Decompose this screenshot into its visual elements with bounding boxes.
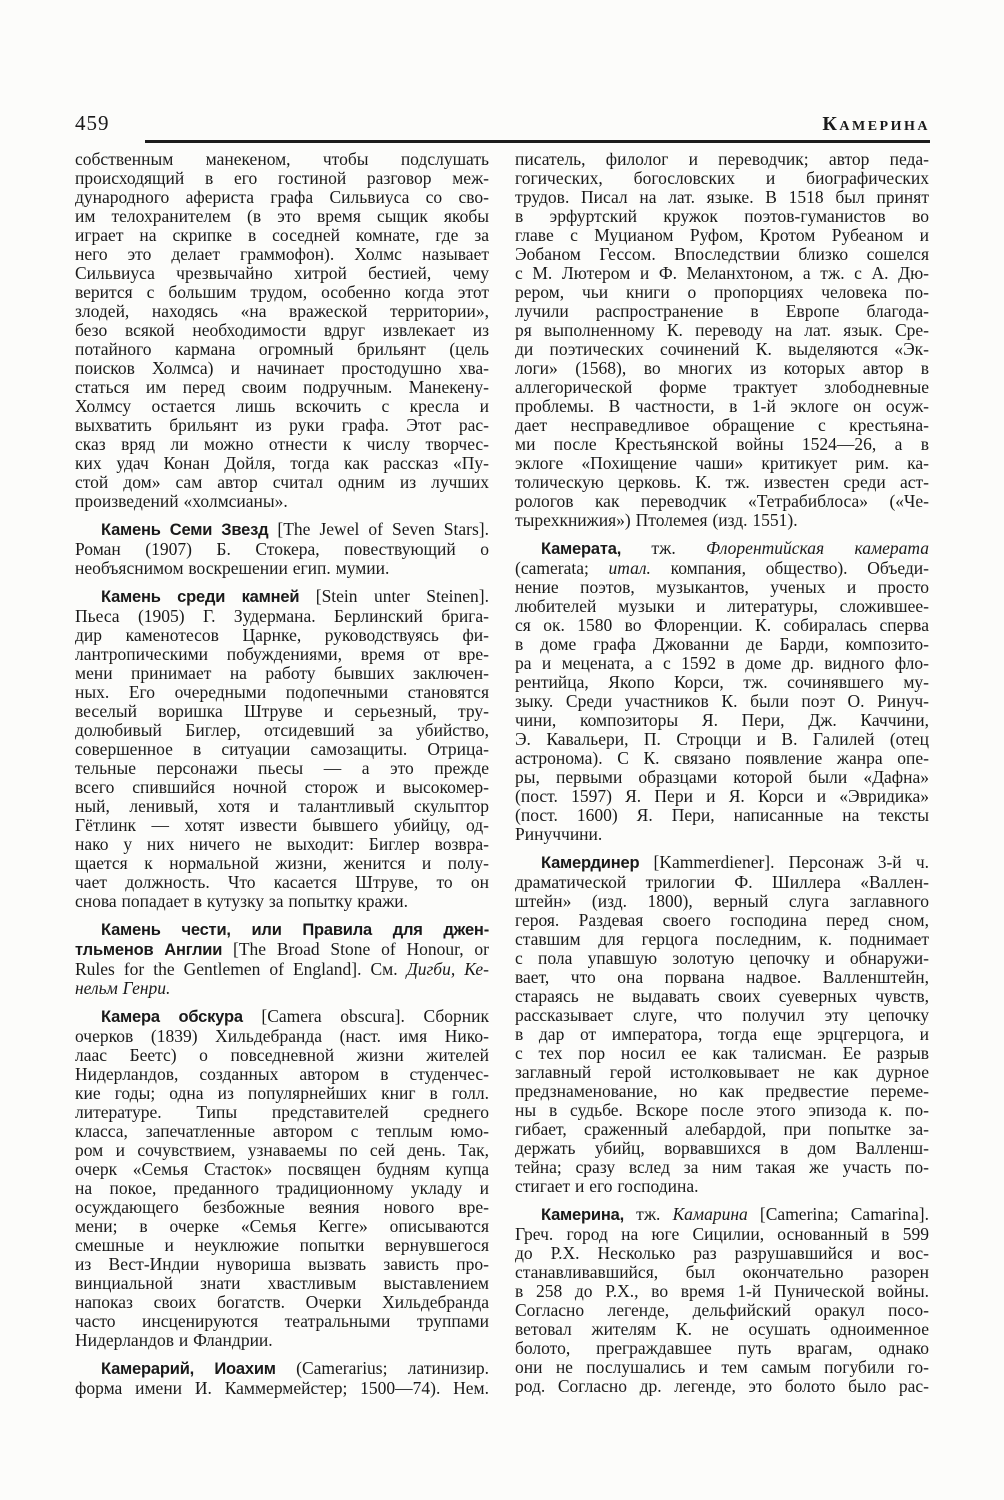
text-line: с пола упавшую золотую цепочку и обнаруж…: [515, 949, 929, 968]
text-line: дает несправедливое обращение с крестьян…: [515, 416, 929, 435]
text-line: в эрфуртский кружок поэтов-гуманистов во: [515, 207, 929, 226]
entry-paragraph: Камень Семи Звезд [The Jewel of Seven St…: [75, 520, 489, 578]
text-line: ры, первыми образцами которой были «Дафн…: [515, 768, 929, 787]
text-line: тейна; сразу вслед за ним такая же участ…: [515, 1158, 929, 1177]
text-line: аллегорической форме трактует злободневн…: [515, 378, 929, 397]
text-line: любителей музыки и литературы, сложившее…: [515, 597, 929, 616]
text-line: Э. Кавальери, П. Строцци и В. Галилей (о…: [515, 730, 929, 749]
text-line: болото, преграждавшее путь врагам, однак…: [515, 1339, 929, 1358]
entry-paragraph: Камерина, тж. Камарина [Camerina; Camari…: [515, 1205, 929, 1396]
text-line: долюбивый Биглер, отсидевший за убийство…: [75, 721, 489, 740]
text-line: него это делает граммофон). Холмс называ…: [75, 245, 489, 264]
text-line: зыку. Среди участников К. были поэт О. Р…: [515, 692, 929, 711]
text-line: эклоге «Похищение чаши» критикует рим. к…: [515, 454, 929, 473]
text-line: смешные и неуклюжие попытки вернувшегося: [75, 1236, 489, 1255]
text-line: необъяснимом воскрешении егип. мумии.: [75, 559, 489, 578]
text-line: тырехкнижия») Птолемея (изд. 1551).: [515, 511, 929, 530]
text-line: сказ вряд ли можно отнести к числу творч…: [75, 435, 489, 454]
text-line: на покое, преданного традиционному уклад…: [75, 1179, 489, 1198]
text-line: Камень среди камней [Stein unter Steinen…: [75, 587, 489, 607]
text-line: толическую церковь. К. тж. известен сред…: [515, 473, 929, 492]
text-line: напоказ своих богатств. Очерки Хильдебра…: [75, 1293, 489, 1312]
text-line: ми после Крестьянской войны 1524—26, а в: [515, 435, 929, 454]
text-line: гогических, богословских и биографически…: [515, 169, 929, 188]
text-line: рассказывает слуге, что получил эту цепо…: [515, 1006, 929, 1025]
text-line: им телохранителем (в это время сыщик яко…: [75, 207, 489, 226]
text-line: очерк «Семья Стасток» посвящен будням ку…: [75, 1160, 489, 1179]
text-line: чини, композиторы Я. Пери, Дж. Каччини,: [515, 711, 929, 730]
text-line: нельм Генри.: [75, 979, 489, 998]
text-line: Пьеса (1905) Г. Зудермана. Берлинский бр…: [75, 607, 489, 626]
text-line: играет на скрипке в соседней комнате, гд…: [75, 226, 489, 245]
right-column: писатель, филолог и переводчик; автор пе…: [515, 150, 929, 1398]
text-line: логи» (1568), во многих из которых автор…: [515, 359, 929, 378]
text-line: тльменов Англии [The Broad Stone of Hono…: [75, 940, 489, 960]
text-line: до Р.Х. Несколько раз разрушавшийся и во…: [515, 1244, 929, 1263]
text-line: предзнаменование, но как предвестие пере…: [515, 1082, 929, 1101]
text-columns: собственным манекеном, чтобы подслушатьп…: [75, 150, 930, 1398]
text-line: литературе. Типы представителей среднего: [75, 1103, 489, 1122]
header-rule: [145, 140, 930, 143]
text-line: в доме графа Джованни де Барди, композит…: [515, 635, 929, 654]
text-line: Нидерландов и Фландрии.: [75, 1331, 489, 1350]
text-line: форма имени И. Каммермейстер; 1500—74). …: [75, 1379, 489, 1398]
text-line: ких удач Конан Дойля, тогда как рассказ …: [75, 454, 489, 473]
text-line: Холмсу остается лишь вскочить с кресла и: [75, 397, 489, 416]
text-line: потайного кармана огромный брильянт (цел…: [75, 340, 489, 359]
text-line: гибает, сраженный алебардой, при попытке…: [515, 1120, 929, 1139]
text-line: ра и мецената, а с 1592 в доме др. видно…: [515, 654, 929, 673]
text-line: Греч. город на юге Сицилии, основанный в…: [515, 1225, 929, 1244]
text-line: главе с Муцианом Руфом, Кротом Рубеаном …: [515, 226, 929, 245]
text-line: Камерарий, Иоахим (Camerarius; латинизир…: [75, 1359, 489, 1379]
text-line: Ринуччини.: [515, 825, 929, 844]
text-line: выхватить брильянт из руки графа. Этот р…: [75, 416, 489, 435]
entry-paragraph: Камердинер [Kammerdiener]. Персонаж 3-й …: [515, 853, 929, 1196]
text-line: проблемы. В частности, в 1-й эклоге он о…: [515, 397, 929, 416]
entry-paragraph: Камень среди камней [Stein unter Steinen…: [75, 587, 489, 911]
text-line: злодей, находясь «на вражеской территори…: [75, 302, 489, 321]
text-line: стой дом» сам автор считал одним из лучш…: [75, 473, 489, 492]
text-line: веселый воришка Штруве и серьезный, тру-: [75, 702, 489, 721]
text-line: Камера обскура [Camera obscura]. Сборник: [75, 1007, 489, 1027]
running-head: Камерина: [822, 113, 930, 135]
text-line: с М. Лютером и Ф. Меланхтоном, а тж. с А…: [515, 264, 929, 283]
text-line: рологов как переводчик «Тетрабиблоса» («…: [515, 492, 929, 511]
text-line: дир каменотесов Царнке, руководствуясь ф…: [75, 626, 489, 645]
text-line: ны в судьбе. Вскоре после этого эпизода …: [515, 1101, 929, 1120]
text-line: Камердинер [Kammerdiener]. Персонаж 3-й …: [515, 853, 929, 873]
text-line: рером, чьи книги о пропорциях человека п…: [515, 283, 929, 302]
text-line: тельные персонажи пьесы — а это прежде: [75, 759, 489, 778]
text-line: Сильвиуса чрезвычайно хитрой бестией, че…: [75, 264, 489, 283]
text-line: совершенное в ситуации самозащиты. Отриц…: [75, 740, 489, 759]
text-line: произведений «холмсианы».: [75, 492, 489, 511]
text-line: они не послушались и тем самым погубили …: [515, 1358, 929, 1377]
text-line: драматической трилогии Ф. Шиллера «Валле…: [515, 873, 929, 892]
text-line: Камерата, тж. Флорентийская камерата: [515, 539, 929, 559]
text-line: щается к нормальной жизни, женится и пол…: [75, 854, 489, 873]
text-line: из Вест-Индии нувориша вызвать зависть п…: [75, 1255, 489, 1274]
text-line: род. Согласно др. легенде, это болото бы…: [515, 1377, 929, 1396]
text-line: штейн» (изд. 1800), верный слуга заглавн…: [515, 892, 929, 911]
text-line: героя. Раздевая своего господина перед с…: [515, 911, 929, 930]
text-line: Роман (1907) Б. Стокера, повествующий о: [75, 540, 489, 559]
text-line: Нидерландов, созданных автором в студенч…: [75, 1065, 489, 1084]
text-line: происходящий в его гостиной разговор меж…: [75, 169, 489, 188]
text-line: безо всякой необходимости вдруг извлекае…: [75, 321, 489, 340]
text-line: Эобаном Гессом. Впоследствии близко соше…: [515, 245, 929, 264]
text-line: всего спившийся ночной сторож и высокоме…: [75, 778, 489, 797]
entry-paragraph: Камерарий, Иоахим (Camerarius; латинизир…: [75, 1359, 489, 1398]
text-line: Согласно легенде, дельфийский оракул пос…: [515, 1301, 929, 1320]
text-line: Камень чести, или Правила для джен-: [75, 920, 489, 940]
text-line: лучили распространение в Европе благода-: [515, 302, 929, 321]
text-line: Камерина, тж. Камарина [Camerina; Camari…: [515, 1205, 929, 1225]
text-line: поисков Холмса) и начинает простодушно х…: [75, 359, 489, 378]
text-line: ный, ленивый, хотя и талантливый скульпт…: [75, 797, 489, 816]
text-line: кие годы; одна из популярнейших книг в г…: [75, 1084, 489, 1103]
page-header: 459 Камерина: [75, 0, 930, 138]
text-line: астронома). С К. связано появление жанра…: [515, 749, 929, 768]
text-line: нение поэтов, музыкантов, ученых и прост…: [515, 578, 929, 597]
text-line: (пост. 1600) Я. Пери, написанные на текс…: [515, 806, 929, 825]
text-line: писатель, филолог и переводчик; автор пе…: [515, 150, 929, 169]
text-line: ди поэтических сочинений К. выделяются «…: [515, 340, 929, 359]
page-number: 459: [75, 112, 110, 134]
encyclopedia-page: 459 Камерина собственным манекеном, чтоб…: [0, 0, 1004, 1500]
text-line: держать убийц, ворвавшихся в дом Валленш…: [515, 1139, 929, 1158]
text-line: дународного афериста графа Сильвиуса со …: [75, 188, 489, 207]
text-line: ных. Его очередными подопечными становят…: [75, 683, 489, 702]
text-line: верится с большим трудом, особенно когда…: [75, 283, 489, 302]
text-line: Rules for the Gentlemen of England]. См.…: [75, 960, 489, 979]
text-line: Гётлинк — хотят извести бывшего убийцу, …: [75, 816, 489, 835]
text-line: мени; в очерке «Семья Кегге» описываются: [75, 1217, 489, 1236]
text-line: (пост. 1597) Я. Пери и Я. Корси и «Эврид…: [515, 787, 929, 806]
text-line: лантропическими побуждениями, время от в…: [75, 645, 489, 664]
text-line: стигает и его господина.: [515, 1177, 929, 1196]
continuation-paragraph: собственным манекеном, чтобы подслушатьп…: [75, 150, 489, 511]
text-line: часто инсценируются театральными труппам…: [75, 1312, 489, 1331]
text-line: (camerata; итал. компания, общество). Об…: [515, 559, 929, 578]
text-line: заглавный герой истолковывает не как дур…: [515, 1063, 929, 1082]
text-line: Камень Семи Звезд [The Jewel of Seven St…: [75, 520, 489, 540]
text-line: лаас Беетс) о повседневной жизни жителей: [75, 1046, 489, 1065]
entry-paragraph: Камень чести, или Правила для джен-тльме…: [75, 920, 489, 998]
entry-paragraph: Камерата, тж. Флорентийская камерата(cam…: [515, 539, 929, 844]
text-line: ветовал жителям К. не осушать одноименно…: [515, 1320, 929, 1339]
text-line: рентийца, Якопо Корси, тж. сочинявшего м…: [515, 673, 929, 692]
text-line: нако у них ничего не выходит: Биглер воз…: [75, 835, 489, 854]
text-line: чает должность. Что касается Штруве, то …: [75, 873, 489, 892]
text-line: в 258 до Р.Х., во время 1-й Пунической в…: [515, 1282, 929, 1301]
text-line: ром и сочувствием, узнаваемы по сей день…: [75, 1141, 489, 1160]
text-line: класса, запечатленные автором с теплым ю…: [75, 1122, 489, 1141]
text-line: вает, что она порвана надвое. Валленштей…: [515, 968, 929, 987]
text-line: очерков (1839) Хильдебранда (наст. имя Н…: [75, 1027, 489, 1046]
text-line: ся ок. 1580 во Флоренции. К. собиралась …: [515, 616, 929, 635]
text-line: статься им перед своим подручным. Манеке…: [75, 378, 489, 397]
text-line: трудов. Писал на лат. языке. В 1518 был …: [515, 188, 929, 207]
text-line: ря выполненному К. переводу на лат. язык…: [515, 321, 929, 340]
text-line: собственным манекеном, чтобы подслушать: [75, 150, 489, 169]
text-line: осуждающего безбожные веяния нового вре-: [75, 1198, 489, 1217]
left-column: собственным манекеном, чтобы подслушатьп…: [75, 150, 489, 1398]
continuation-paragraph: писатель, филолог и переводчик; автор пе…: [515, 150, 929, 530]
text-line: мени принимает на работу бывших заключен…: [75, 664, 489, 683]
text-line: винциальной знати хвастливым выставление…: [75, 1274, 489, 1293]
text-line: с тех пор носил ее как талисман. Ее разр…: [515, 1044, 929, 1063]
text-line: снова попадает в кутузку за попытку краж…: [75, 892, 489, 911]
text-line: ставшим для герцога последним, к. подним…: [515, 930, 929, 949]
text-line: в дар от императора, тогда еще эрцгерцог…: [515, 1025, 929, 1044]
entry-paragraph: Камера обскура [Camera obscura]. Сборник…: [75, 1007, 489, 1350]
text-line: станавливавшийся, был окончательно разор…: [515, 1263, 929, 1282]
text-line: стараясь не выдавать своих суеверных чув…: [515, 987, 929, 1006]
